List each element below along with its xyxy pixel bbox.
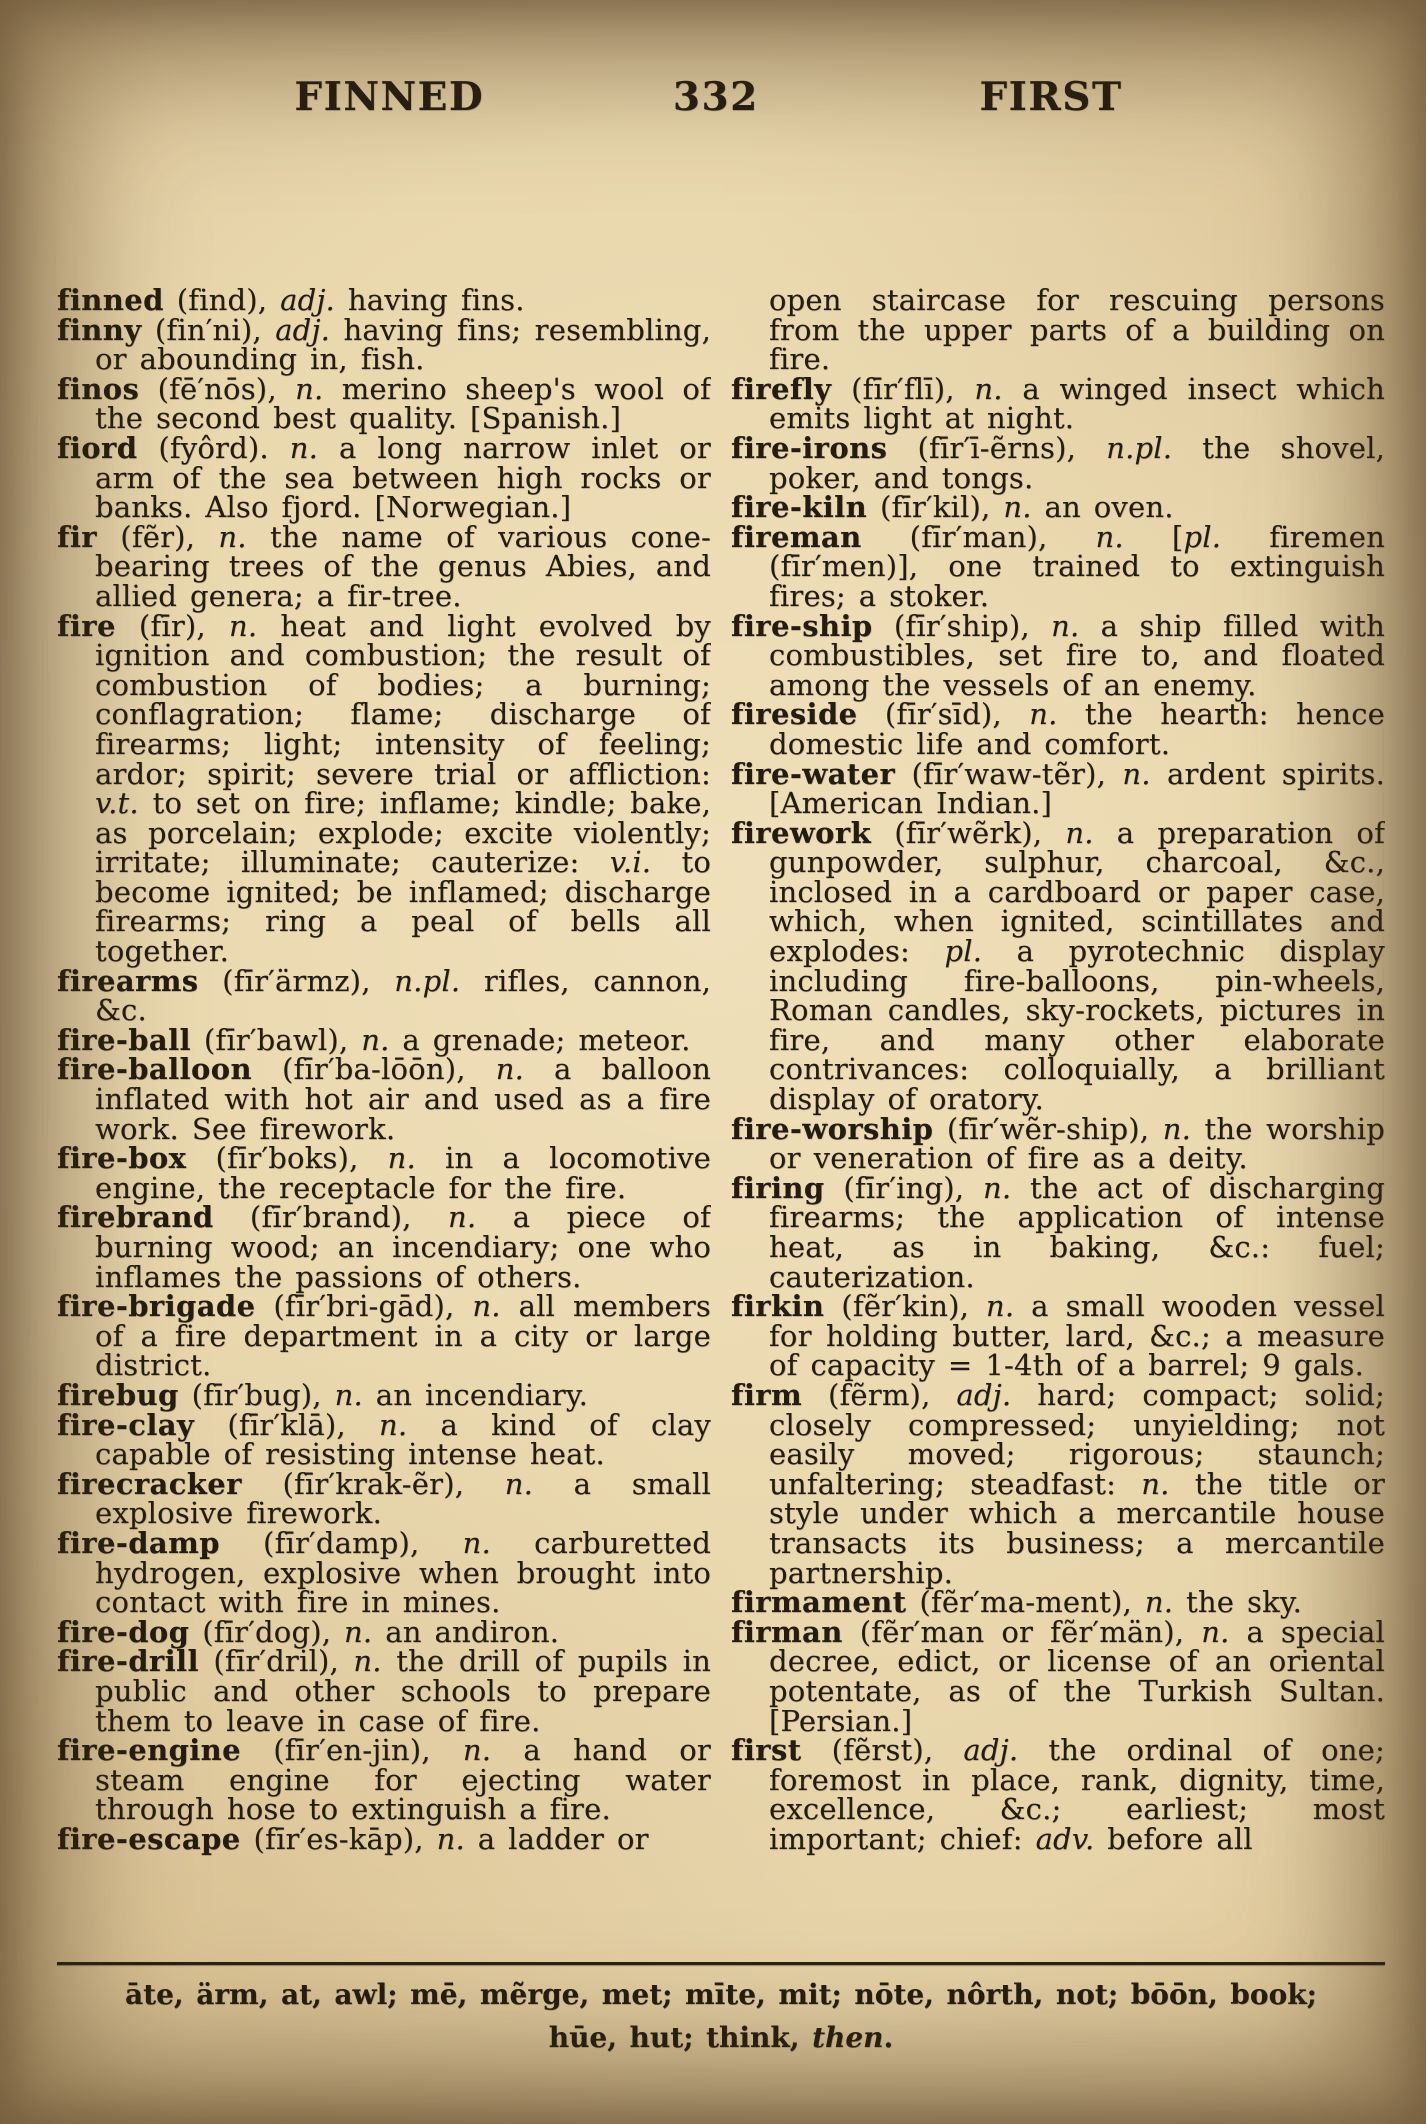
entry-firearms: firearms (fīr′ärmz), n.pl. rifles, canno… xyxy=(57,967,711,1026)
headword: fire-box xyxy=(57,1141,186,1175)
entry-firmament: firmament (fẽr′ma-ment), n. the sky. xyxy=(731,1588,1385,1618)
headword: firman xyxy=(731,1615,843,1649)
headword: fire-ship xyxy=(731,609,873,643)
headword: fire-clay xyxy=(57,1408,194,1442)
entry-continuation: open staircase for rescuing persons from… xyxy=(731,286,1385,375)
entry-fiord: fiord (fyôrd). n. a long narrow inlet or… xyxy=(57,434,711,523)
pronunciation-key: āte, ärm, at, awl; mē, mẽrge, met; mīte,… xyxy=(57,1962,1385,2059)
headword: finny xyxy=(57,313,142,347)
entry-finned: finned (find), adj. having fins. xyxy=(57,286,711,316)
entry-firm: firm (fẽrm), adj. hard; compact; solid; … xyxy=(731,1381,1385,1588)
headword: fire-worship xyxy=(731,1112,933,1146)
entry-fire-ship: fire-ship (fīr′ship), n. a ship filled w… xyxy=(731,612,1385,701)
headword: first xyxy=(731,1733,802,1767)
headword: fire-drill xyxy=(57,1644,199,1678)
page-number: 332 xyxy=(673,74,759,120)
entry-fire-water: fire-water (fīr′waw-tẽr), n. ardent spir… xyxy=(731,760,1385,819)
headword: firing xyxy=(731,1171,825,1205)
entry-fire-engine: fire-engine (fīr′en-jin), n. a hand or s… xyxy=(57,1736,711,1825)
entry-fireman: fireman (fīr′man), n. [pl. firemen (fīr′… xyxy=(731,523,1385,612)
headword: fire-brigade xyxy=(57,1289,255,1323)
entry-first: first (fẽrst), adj. the ordinal of one; … xyxy=(731,1736,1385,1854)
headword: fireside xyxy=(731,697,858,731)
entry-fire-clay: fire-clay (fīr′klā), n. a kind of clay c… xyxy=(57,1411,711,1470)
entry-firecracker: firecracker (fīr′krak-ẽr), n. a small ex… xyxy=(57,1470,711,1529)
entry-finny: finny (fin′ni), adj. having fins; resemb… xyxy=(57,316,711,375)
pronunciation-key-line2: hūe, hut; think, then. xyxy=(57,2016,1385,2059)
entry-firebug: firebug (fīr′bug), n. an incendiary. xyxy=(57,1381,711,1411)
entry-firebrand: firebrand (fīr′brand), n. a piece of bur… xyxy=(57,1203,711,1292)
entry-firkin: firkin (fẽr′kin), n. a small wooden vess… xyxy=(731,1292,1385,1381)
column-left: finned (find), adj. having fins.finny (f… xyxy=(57,286,711,1958)
entry-fire-dog: fire-dog (fīr′dog), n. an andiron. xyxy=(57,1618,711,1648)
headword: firkin xyxy=(731,1289,824,1323)
entry-firing: firing (fīr′ing), n. the act of discharg… xyxy=(731,1174,1385,1292)
entry-fire-brigade: fire-brigade (fīr′bri-gād), n. all membe… xyxy=(57,1292,711,1381)
headword: fiord xyxy=(57,431,137,465)
entry-fire-kiln: fire-kiln (fīr′kil), n. an oven. xyxy=(731,493,1385,523)
entry-firefly: firefly (fīr′flī), n. a winged insect wh… xyxy=(731,375,1385,434)
entry-fire-worship: fire-worship (fīr′wẽr-ship), n. the wors… xyxy=(731,1115,1385,1174)
headword: firearms xyxy=(57,964,199,998)
headword: firecracker xyxy=(57,1467,242,1501)
header-right-headword: FIRST xyxy=(979,74,1122,120)
entry-fire-irons: fire-irons (fīr′ī-ẽrns), n.pl. the shove… xyxy=(731,434,1385,493)
entry-firework: firework (fīr′wẽrk), n. a preparation of… xyxy=(731,819,1385,1115)
headword: fire-damp xyxy=(57,1526,220,1560)
headword: fire-engine xyxy=(57,1733,241,1767)
footer-rule xyxy=(57,1962,1385,1965)
entry-fire-damp: fire-damp (fīr′damp), n. carburetted hyd… xyxy=(57,1529,711,1618)
column-right: open staircase for rescuing persons from… xyxy=(731,286,1385,1958)
headword: firm xyxy=(731,1378,802,1412)
headword: fire-escape xyxy=(57,1822,241,1856)
headword: fire-water xyxy=(731,757,895,791)
headword: fir xyxy=(57,520,97,554)
entry-fireside: fireside (fīr′sīd), n. the hearth: hence… xyxy=(731,700,1385,759)
headword: fire-irons xyxy=(731,431,887,465)
entry-fire-box: fire-box (fīr′boks), n. in a locomotive … xyxy=(57,1144,711,1203)
running-header: FINNED 332 FIRST xyxy=(0,74,1426,124)
dictionary-page: FINNED 332 FIRST finned (find), adj. hav… xyxy=(0,0,1426,2124)
entry-fire: fire (fīr), n. heat and light evolved by… xyxy=(57,612,711,967)
entry-fire-ball: fire-ball (fīr′bawl), n. a grenade; mete… xyxy=(57,1026,711,1056)
headword: firebrand xyxy=(57,1200,214,1234)
entry-fire-drill: fire-drill (fīr′dril), n. the drill of p… xyxy=(57,1647,711,1736)
entry-finos: finos (fē′nōs), n. merino sheep's wool o… xyxy=(57,375,711,434)
entry-fire-escape: fire-escape (fīr′es-kāp), n. a ladder or xyxy=(57,1825,711,1855)
pronunciation-key-line1: āte, ärm, at, awl; mē, mẽrge, met; mīte,… xyxy=(57,1973,1385,2016)
entry-firman: firman (fẽr′man or fẽr′män), n. a specia… xyxy=(731,1618,1385,1736)
header-left-headword: FINNED xyxy=(294,74,484,120)
headword: firefly xyxy=(731,372,831,406)
headword: fire-balloon xyxy=(57,1052,252,1086)
entry-fire-balloon: fire-balloon (fīr′ba-lōōn), n. a balloon… xyxy=(57,1055,711,1144)
text-columns: finned (find), adj. having fins.finny (f… xyxy=(57,286,1385,1958)
headword: fire xyxy=(57,609,116,643)
headword: fireman xyxy=(731,520,862,554)
headword: finos xyxy=(57,372,139,406)
entry-fir: fir (fẽr), n. the name of various cone-b… xyxy=(57,523,711,612)
headword: firework xyxy=(731,816,871,850)
